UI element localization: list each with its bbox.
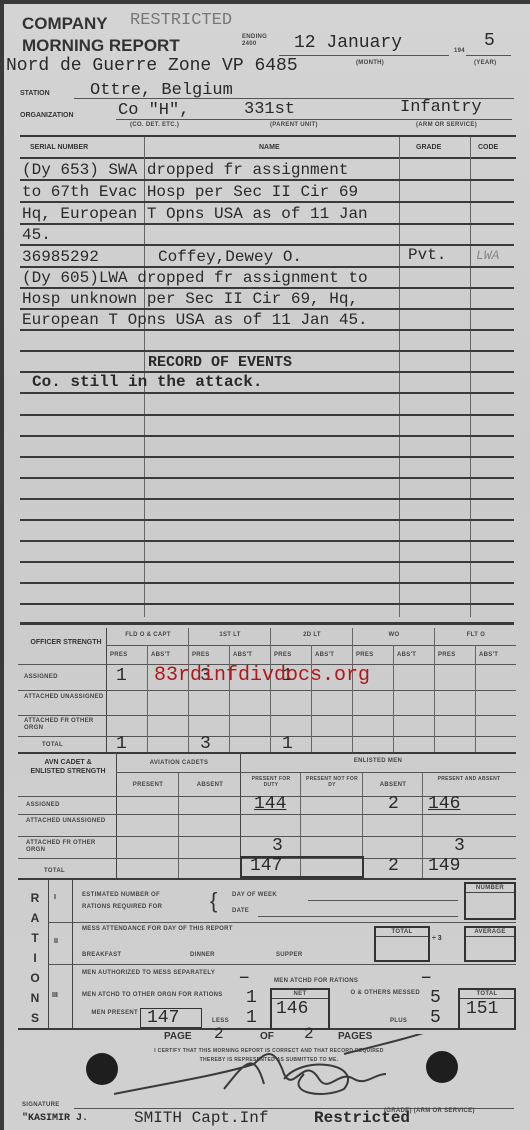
atchd-other-label: MEN ATCHD TO OTHER ORGN FOR RATIONS	[82, 990, 232, 1000]
col-code: CODE	[478, 144, 498, 151]
record-of-events-text: Co. still in the attack.	[32, 373, 262, 391]
mess-total-label: TOTAL	[376, 928, 428, 937]
average-label: AVERAGE	[466, 928, 514, 937]
year-value: 5	[484, 31, 495, 51]
subcol-pres: PRES	[110, 652, 128, 658]
year-underline	[466, 55, 511, 56]
divide-by-three: ÷ 3	[432, 934, 444, 944]
estimated-rations-label-2: RATIONS REQUIRED FOR	[82, 904, 162, 910]
breakfast-label: BREAKFAST	[82, 952, 121, 958]
total-value: 151	[460, 999, 514, 1019]
mess-separately-label: MEN AUTHORIZED TO MESS SEPARATELY	[82, 968, 232, 978]
rations-section: R A T I O N S I ESTIMATED NUMBER OF RATI…	[18, 880, 516, 1028]
subcol-present-for-duty: PRESENT FOR DUTY	[244, 776, 298, 788]
group-flt-o: FLT O	[436, 632, 516, 638]
date-label: DATE	[232, 908, 249, 914]
em-total-present-and-absent: 149	[428, 856, 460, 876]
watermark-text: 83rdinfdivdocs.org	[154, 664, 370, 687]
signer-name: SMITH Capt.Inf	[134, 1109, 268, 1127]
group-1st-lt: 1ST LT	[190, 632, 270, 638]
officer-assigned-fldo-pres: 1	[116, 666, 127, 686]
section-iii-numeral: III	[52, 992, 58, 999]
officer-total-2dlt-pres: 1	[282, 734, 293, 754]
ruled-line	[20, 540, 514, 542]
em-attached-other-present-duty: 3	[272, 836, 283, 856]
form-title-company: COMPANY	[22, 14, 108, 34]
atchd-for-rations-label: MEN ATCHD FOR RATIONS	[274, 978, 358, 984]
less-label: LESS	[212, 1018, 229, 1024]
rations-letter: O	[28, 968, 42, 988]
group-enlisted-men: ENLISTED MEN	[240, 758, 516, 764]
roster-line-4: 45.	[22, 226, 51, 244]
rations-letter: S	[28, 1008, 42, 1028]
roster-line-1: (Dy 653) SWA dropped fr assignment	[22, 161, 348, 179]
roster-line-2: to 67th Evac Hosp per Sec II Cir 69	[22, 183, 358, 201]
row-label-attached-unassigned: ATTACHED UNASSIGNED	[26, 818, 106, 825]
restricted-stamp: RESTRICTED	[130, 11, 232, 30]
enlisted-strength-table: AVN CADET & ENLISTED STRENGTH AVIATION C…	[18, 752, 516, 878]
officer-total-1stlt-pres: 3	[200, 734, 211, 754]
col-serial-number: SERIAL NUMBER	[30, 144, 88, 151]
divider-grade-code	[470, 137, 471, 617]
men-present-box: 147	[140, 1008, 202, 1028]
entry-name: Coffey,Dewey O.	[158, 248, 302, 266]
section-i-numeral: I	[54, 894, 56, 901]
others-messed-label: O & OTHERS MESSED	[348, 988, 420, 998]
number-box: NUMBER	[464, 882, 516, 920]
entry-grade: Pvt.	[408, 246, 446, 264]
entry-code: LWA	[476, 248, 499, 263]
officer-total-fldo-pres: 1	[116, 734, 127, 754]
mess-total-box: TOTAL	[374, 926, 430, 962]
group-wo: WO	[354, 632, 434, 638]
men-present-value: 147	[141, 1009, 201, 1027]
year-caption: (YEAR)	[474, 60, 496, 66]
subcol-abst: ABS'T	[151, 652, 170, 658]
number-box-label: NUMBER	[466, 884, 514, 893]
ending-label: ENDING 2400	[242, 34, 276, 48]
total-box: TOTAL 151	[458, 988, 516, 1030]
ruled-line	[20, 223, 514, 225]
rations-letter: N	[28, 988, 42, 1008]
subcol-pres: PRES	[356, 652, 374, 658]
org-caption-unit: (CO. DET. ETC.)	[130, 122, 179, 128]
atchd-other-value: 1	[246, 988, 257, 1008]
subcol-pres: PRES	[192, 652, 210, 658]
ruled-line	[20, 498, 514, 500]
ruled-line	[20, 201, 514, 203]
atchd-for-rations-value: —	[422, 970, 430, 986]
net-value: 146	[272, 999, 328, 1019]
ruled-line	[20, 435, 514, 437]
subcol-present: PRESENT	[118, 782, 178, 788]
org-caption-arm: (ARM OR SERVICE)	[416, 122, 477, 128]
group-aviation-cadets: AVIATION CADETS	[118, 760, 240, 766]
roster-line-7: European T Opns USA as of 11 Jan 45.	[22, 311, 368, 329]
roster-line-6: Hosp unknown per Sec II Cir 69, Hq,	[22, 290, 358, 308]
restricted-stamp-footer: Restricted	[314, 1109, 410, 1127]
others-messed-value: 5	[430, 988, 441, 1008]
ruled-line	[20, 179, 514, 181]
net-label: NET	[272, 990, 328, 999]
signature-label: SIGNATURE	[22, 1102, 60, 1108]
em-total-absent: 2	[388, 856, 399, 876]
roster-line-3: Hq, European T Opns USA as of 11 Jan	[22, 205, 368, 223]
col-name: NAME	[259, 144, 280, 151]
total-label: TOTAL	[460, 990, 514, 999]
ruled-line	[20, 350, 514, 352]
col-grade: GRADE	[416, 144, 441, 151]
header-rule	[20, 135, 516, 137]
row-label-attached-other: ATTACHED FR OTHER ORGN	[24, 718, 104, 732]
ruled-line	[20, 603, 514, 605]
ruled-line	[20, 414, 514, 416]
subcol-present-not-for-duty: PRESENT NOT FOR DY	[304, 776, 360, 788]
year-prefix: 194	[454, 48, 465, 54]
enlisted-strength-title: AVN CADET & ENLISTED STRENGTH	[28, 758, 108, 776]
less-value: 1	[246, 1008, 257, 1028]
plus-label: PLUS	[390, 1018, 407, 1024]
ruled-line	[20, 308, 514, 310]
officer-strength-title: OFFICER STRENGTH	[26, 638, 106, 647]
ruled-line	[20, 266, 514, 268]
subcol-abst: ABS'T	[397, 652, 416, 658]
row-label-total: TOTAL	[44, 868, 65, 874]
estimated-rations-label-1: ESTIMATED NUMBER OF	[82, 892, 160, 898]
org-caption-parent: (PARENT UNIT)	[270, 122, 318, 128]
station-label: STATION	[20, 90, 50, 97]
plus-value: 5	[430, 1008, 441, 1028]
supper-label: SUPPER	[276, 952, 302, 958]
section-ii-numeral: II	[54, 938, 58, 945]
rations-letter: A	[28, 908, 42, 928]
row-label-assigned: ASSIGNED	[24, 674, 58, 680]
row-label-assigned: ASSIGNED	[26, 802, 60, 808]
ruled-line	[20, 456, 514, 458]
row-label-total: TOTAL	[42, 742, 63, 748]
organization-label: ORGANIZATION	[20, 112, 74, 119]
signature-scribble	[104, 1034, 444, 1104]
em-assigned-absent: 2	[388, 794, 399, 814]
subcol-absent: ABSENT	[180, 782, 240, 788]
subcol-present-and-absent: PRESENT AND ABSENT	[424, 776, 514, 782]
em-attached-other-present-and-absent: 3	[454, 836, 465, 856]
mess-attendance-label: MESS ATTENDANCE FOR DAY OF THIS REPORT	[82, 926, 233, 932]
mess-separately-value: —	[240, 970, 248, 986]
organization-underline	[116, 119, 512, 120]
em-assigned-present-and-absent: 146	[428, 794, 460, 814]
roster-line-5: (Dy 605)LWA dropped fr assignment to	[22, 269, 368, 287]
net-box: NET 146	[270, 988, 330, 1030]
entry-serial: 36985292	[22, 248, 99, 266]
divider-name-grade	[399, 137, 400, 617]
date-underline	[279, 55, 449, 56]
ruled-line	[20, 477, 514, 479]
ruled-line	[20, 287, 514, 289]
column-header-rule	[20, 157, 516, 159]
group-fld-o-capt: FLD O & CAPT	[108, 632, 188, 638]
ending-date: 12 January	[294, 33, 402, 53]
ruled-line	[20, 561, 514, 563]
em-assigned-present-duty: 144	[254, 794, 286, 814]
em-total-present-duty: 147	[250, 856, 282, 876]
men-present-label: MEN PRESENT	[82, 1010, 138, 1017]
subcol-abst: ABS'T	[315, 652, 334, 658]
brace-icon: {	[210, 888, 217, 914]
rations-letter: T	[28, 928, 42, 948]
subcol-pres: PRES	[274, 652, 292, 658]
location-line: Nord de Guerre Zone VP 6485	[6, 56, 298, 76]
month-caption: (MONTH)	[356, 60, 384, 66]
rations-letter: I	[28, 948, 42, 968]
organization-company: Co "H",	[118, 101, 189, 120]
dinner-label: DINNER	[190, 952, 215, 958]
officer-strength-table: OFFICER STRENGTH FLD O & CAPT 1ST LT 2D …	[18, 628, 516, 752]
signer-prefix: "KASIMIR J.	[22, 1113, 88, 1124]
section-rule	[20, 622, 514, 625]
subcol-abst: ABS'T	[479, 652, 498, 658]
rations-side-label: R A T I O N S	[28, 888, 42, 1028]
group-2d-lt: 2D LT	[272, 632, 352, 638]
row-label-attached-other: ATTACHED FR OTHER ORGN	[26, 840, 106, 854]
subcol-abst: ABS'T	[233, 652, 252, 658]
form-title-morning-report: MORNING REPORT	[22, 36, 180, 56]
ruled-line	[20, 392, 514, 394]
organization-arm: Infantry	[400, 98, 482, 117]
morning-report-card: COMPANY RESTRICTED MORNING REPORT ENDING…	[4, 4, 530, 1130]
ruled-line	[20, 582, 514, 584]
record-of-events-title: RECORD OF EVENTS	[148, 354, 292, 371]
rations-letter: R	[28, 888, 42, 908]
ruled-line	[20, 329, 514, 331]
day-of-week-line	[308, 900, 458, 901]
average-box: AVERAGE	[464, 926, 516, 962]
organization-parent: 331st	[244, 100, 295, 119]
row-label-attached-unassigned: ATTACHED UNASSIGNED	[24, 694, 104, 701]
subcol-em-absent: ABSENT	[364, 782, 422, 788]
date-line	[258, 916, 458, 917]
ruled-line	[20, 519, 514, 521]
subcol-pres: PRES	[438, 652, 456, 658]
day-of-week-label: DAY OF WEEK	[232, 892, 277, 898]
